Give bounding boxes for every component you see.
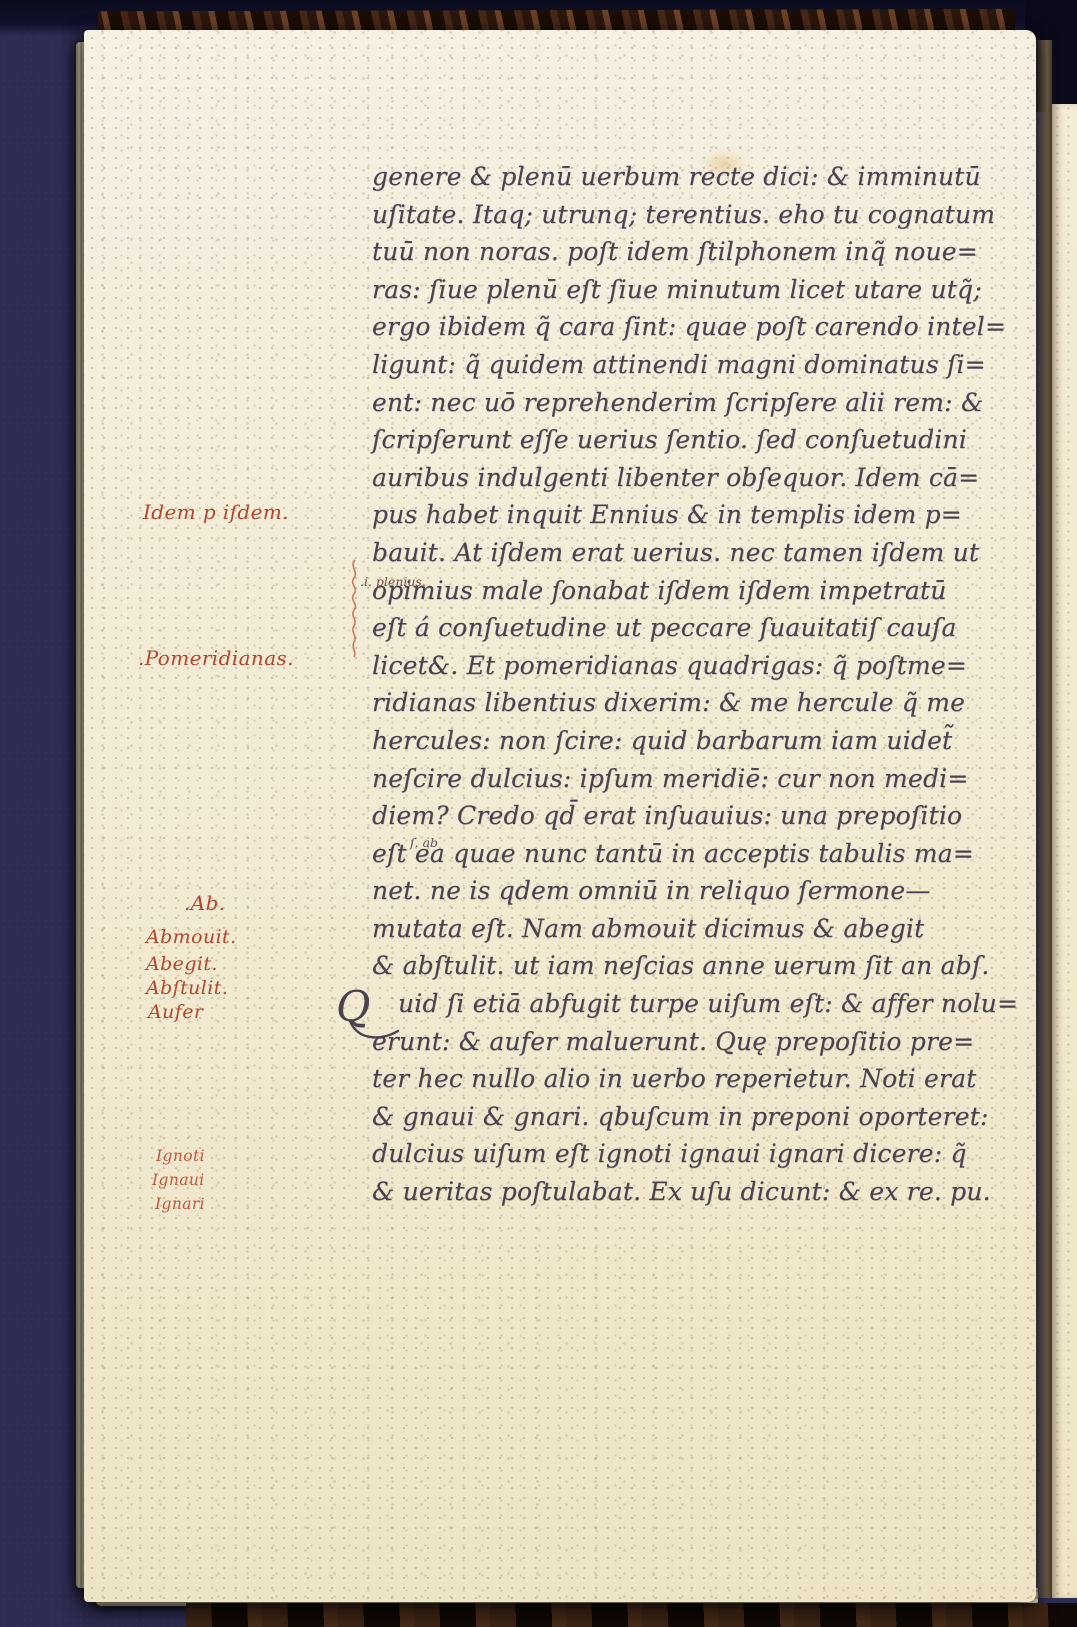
binding-leather-bottom-edge <box>186 1603 1077 1627</box>
marginal-note-aufer: Aufer <box>148 1001 203 1023</box>
text-line: & abſtulit. ut iam neſcias anne uerum ſi… <box>372 947 958 985</box>
facing-page-edge <box>1052 104 1077 1598</box>
text-line: ſcripſerunt eſſe uerius ſentio. ſed conſ… <box>372 421 958 459</box>
interlinear-gloss-plenius: .i. plenius. <box>360 574 426 589</box>
text-line: tuū non noras. poſt idem ſtilphonem inq̃… <box>372 233 958 271</box>
marginal-note-pomeridianas: .Pomeridianas. <box>138 646 294 670</box>
text-line: uſitate. Itaq; utrunq; terentius. eho tu… <box>372 196 958 234</box>
main-text-block: genere & plenū uerbum recte dici: & immi… <box>372 158 958 1211</box>
text-line: eſt á conſuetudine ut peccare ſuauitatiſ… <box>372 609 958 647</box>
text-line: licet&. Et pomeridianas quadrigas: q̃ po… <box>372 647 958 685</box>
text-line: ras: ſiue plenū eſt ſiue minutum licet u… <box>372 271 958 309</box>
text-line: dulcius uiſum eſt ignoti ignaui ignari d… <box>372 1135 958 1173</box>
text-line: opimius male ſonabat iſdem iſdem impetra… <box>372 572 958 610</box>
text-line: erunt: & aufer maluerunt. Quę prepoſitio… <box>372 1023 958 1061</box>
marginal-note-ignoti: Ignoti <box>156 1147 205 1165</box>
text-line: hercules: non ſcire: quid barbarum iam u… <box>372 722 958 760</box>
text-line: mutata eſt. Nam abmouit dicimus & abegit <box>372 910 958 948</box>
marginal-note-ignaui: Ignaui <box>152 1171 205 1189</box>
text-line: net. ne is qdem omniū in reliquo ſermone… <box>372 872 958 910</box>
text-line: ent: nec uō reprehenderim ſcripſere alii… <box>372 384 958 422</box>
text-line: uid ſi etiā abfugit turpe uiſum eſt: & a… <box>372 985 958 1023</box>
q-tail-flourish-icon <box>346 1018 402 1044</box>
text-line: eſt ea quae nunc tantū in acceptis tabul… <box>372 835 958 873</box>
text-line: pus habet inquit Ennius & in templis ide… <box>372 496 958 534</box>
marginal-note-ignari: Ignari <box>155 1195 205 1213</box>
marginal-note-abmouit: Abmouit. <box>146 926 237 948</box>
text-line: bauit. At iſdem erat uerius. nec tamen i… <box>372 534 958 572</box>
text-line: & ueritas poſtulabat. Ex uſu dicunt: & e… <box>372 1173 958 1211</box>
wavy-bracket-icon <box>348 558 360 658</box>
marginal-note-abstulit: Abſtulit. <box>146 977 228 999</box>
text-line: ligunt: q̃ quidem attinendi magni domina… <box>372 346 958 384</box>
marginal-note-idem-pro-isdem: Idem p iſdem. <box>143 500 289 524</box>
text-line: auribus indulgenti libenter obſequor. Id… <box>372 459 958 497</box>
pen-initial-q-tail <box>346 1018 402 1048</box>
text-line: neſcire dulcius: ipſum meridiē: cur non … <box>372 760 958 798</box>
red-marginal-squiggle <box>348 558 360 662</box>
text-line: genere & plenū uerbum recte dici: & immi… <box>372 158 958 196</box>
text-line: & gnaui & gnari. qbuſcum in preponi opor… <box>372 1098 958 1136</box>
manuscript-photo-scene: genere & plenū uerbum recte dici: & immi… <box>0 0 1077 1627</box>
text-line: diem? Credo qd̄ erat inſuauius: una prep… <box>372 797 958 835</box>
text-line: ridianas libentius dixerim: & me hercule… <box>372 684 958 722</box>
interlinear-gloss-ab: ſ. ab <box>410 835 438 850</box>
text-line: ter hec nullo alio in uerbo reperietur. … <box>372 1060 958 1098</box>
marginal-note-abegit: Abegit. <box>146 953 218 975</box>
marginal-note-ab: .Ab. <box>184 891 226 915</box>
text-line: ergo ibidem q̃ cara ſint: quae poſt care… <box>372 308 958 346</box>
